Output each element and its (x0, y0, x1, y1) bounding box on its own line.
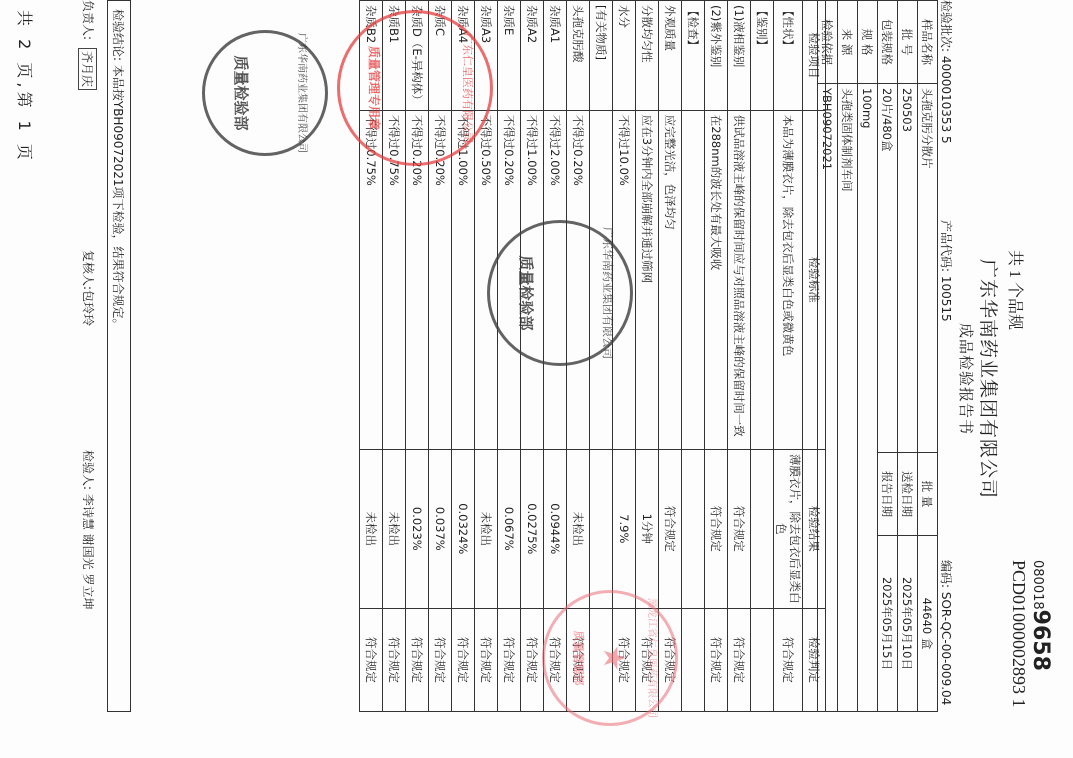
test-result: 未检出 (383, 449, 406, 608)
test-standard: 不得过0.75% (383, 110, 406, 449)
table-row: 杂质B1不得过0.75%未检出符合规定 (383, 1, 406, 712)
test-item: 杂质E (498, 1, 521, 111)
test-standard: 不得过0.75% (360, 110, 383, 449)
table-row: 【鉴别】 (751, 1, 774, 712)
table-row: 杂质B2不得过0.75%未检出符合规定 (360, 1, 383, 712)
table-row: 头孢克肟酸不得过0.20%未检出符合规定 (567, 1, 590, 712)
spec-count: 共 1 个品规 (1005, 250, 1028, 330)
test-result: 1分钟 (636, 449, 659, 608)
inspectors: 检验人: 李诗慧 谢国光 罗立坤 (80, 450, 97, 610)
test-verdict: 符合规定 (452, 608, 475, 711)
test-verdict: 符合规定 (383, 608, 406, 711)
test-item: (2)紫外鉴别 (705, 1, 728, 111)
test-result: 0.0324% (452, 449, 475, 608)
test-result: 薄膜衣片，除去包衣后显类白色 (774, 449, 803, 608)
reviewer: 复核人:包玲玲 (80, 250, 97, 326)
test-result: 0.023% (406, 449, 429, 608)
test-verdict: 符合规定 (544, 608, 567, 711)
test-item: 【性状】 (774, 1, 803, 111)
table-row: 杂质E不得过0.20%0.067%符合规定 (498, 1, 521, 712)
test-result: 7.9% (613, 449, 636, 608)
test-item: 杂质A3 (475, 1, 498, 111)
test-item: 【检查】 (682, 1, 705, 111)
inspection-report-page: 0800189658 PCD01000002893 1 共 1 个品规 广东华南… (0, 0, 1073, 758)
test-item: 水分 (613, 1, 636, 111)
test-standard: 应在3分钟内全部崩解并通过筛网 (636, 110, 659, 449)
test-item: 【鉴别】 (751, 1, 774, 111)
test-verdict: 符合规定 (406, 608, 429, 711)
test-verdict: 符合规定 (774, 608, 803, 711)
test-verdict (682, 608, 705, 711)
test-result: 0.037% (429, 449, 452, 608)
table-row: 【检查】 (682, 1, 705, 712)
table-row: 杂质A2不得过1.00%0.0275%符合规定 (521, 1, 544, 712)
test-item: 分散均匀性 (636, 1, 659, 111)
table-row: 杂质A3不得过0.50%未检出符合规定 (475, 1, 498, 712)
batch-label: 检验批次: 4000010353 5 (938, 0, 955, 200)
test-verdict: 符合规定 (705, 608, 728, 711)
test-verdict (590, 608, 613, 711)
test-result (682, 449, 705, 608)
info-row: 样品名称 头孢克肟分散片 批 量 44640 盒 (918, 1, 938, 712)
quality-inspection-stamp-2: 广东华南药业集团有限公司 质量检验部 (202, 30, 328, 156)
table-row: 外观质量应完整光洁，色泽均匀符合规定符合规定 (659, 1, 682, 712)
table-row: 分散均匀性应在3分钟内全部崩解并通过筛网1分钟符合规定 (636, 1, 659, 712)
test-standard (682, 110, 705, 449)
table-row: 【性状】本品为薄膜衣片，除去包衣后显类白色或微黄色薄膜衣片，除去包衣后显类白色符… (774, 1, 803, 712)
test-results-table: 检验项目 检验标准 检验结果 检验判定 【性状】本品为薄膜衣片，除去包衣后显类白… (359, 0, 826, 712)
test-item: 头孢克肟酸 (567, 1, 590, 111)
test-standard: 不得过10.0% (613, 110, 636, 449)
test-item: 杂质C (429, 1, 452, 111)
test-standard: 应完整光洁，色泽均匀 (659, 110, 682, 449)
test-result (751, 449, 774, 608)
test-verdict: 符合规定 (659, 608, 682, 711)
table-row: 杂质D（E-异构体）不得过0.20%0.023%符合规定 (406, 1, 429, 712)
company-name: 广东华南药业集团有限公司 (976, 0, 1003, 758)
test-result: 符合规定 (705, 449, 728, 608)
test-result: 未检出 (475, 449, 498, 608)
test-item: 杂质A1 (544, 1, 567, 111)
test-verdict (751, 608, 774, 711)
page-number: 共 2 页,第 1 页 (14, 10, 37, 164)
table-row: 杂质A1不得过2.00%0.0944%符合规定 (544, 1, 567, 712)
responsible-signature: 齐月庆 (78, 48, 97, 90)
serial-number: 0800189658 (1028, 560, 1053, 671)
table-row: 水分不得过10.0%7.9%符合规定 (613, 1, 636, 712)
test-item: (1)液相鉴别 (728, 1, 751, 111)
test-verdict: 符合规定 (521, 608, 544, 711)
table-row: 杂质C不得过0.20%0.037%符合规定 (429, 1, 452, 712)
test-item: 杂质A2 (521, 1, 544, 111)
test-standard: 不得过1.00% (452, 110, 475, 449)
info-row: 来 源 头孢类固体制剂车间 (838, 1, 858, 712)
test-item: 杂质B1 (383, 1, 406, 111)
test-standard: 不得过0.20% (567, 110, 590, 449)
test-item: 杂质B2 (360, 1, 383, 111)
sample-info-table: 样品名称 头孢克肟分散片 批 量 44640 盒 批 号 250503 送检日期… (817, 0, 938, 712)
test-verdict: 符合规定 (728, 608, 751, 711)
report-title: 成品检验报告书 (956, 0, 977, 758)
test-verdict: 符合规定 (360, 608, 383, 711)
test-item: [有关物质] (590, 1, 613, 111)
responsible-label: 负责人: (80, 0, 97, 40)
test-result: 0.0275% (521, 449, 544, 608)
test-standard: 不得过0.20% (406, 110, 429, 449)
test-item: 杂质D（E-异构体） (406, 1, 429, 111)
info-row: 批 号 250503 送检日期 2025年05月10日 (898, 1, 918, 712)
test-result: 未检出 (567, 449, 590, 608)
test-item: 外观质量 (659, 1, 682, 111)
inspection-conclusion: 检验结论: 本品按YBH09072021项下检验，结果符合规定。 (107, 0, 131, 712)
test-standard (751, 110, 774, 449)
test-standard: 本品为薄膜衣片，除去包衣后显类白色或微黄色 (774, 110, 803, 449)
test-standard: 在288nm的波长处有最大吸收 (705, 110, 728, 449)
test-standard (590, 110, 613, 449)
table-row: [有关物质] (590, 1, 613, 712)
info-row: 包装规格 20片/480盒 报告日期 2025年05月15日 (878, 1, 898, 712)
test-verdict: 符合规定 (429, 608, 452, 711)
test-standard: 不得过0.20% (429, 110, 452, 449)
test-item: 杂质A4 (452, 1, 475, 111)
test-result: 符合规定 (659, 449, 682, 608)
info-row: 规 格 100mg (858, 1, 878, 712)
product-code: 产品代码: 100515 (938, 220, 955, 322)
test-standard: 不得过0.50% (475, 110, 498, 449)
test-verdict: 符合规定 (498, 608, 521, 711)
document-code: 编码: SOR-QC-00-009.04 (938, 560, 955, 705)
test-verdict: 符合规定 (475, 608, 498, 711)
test-standard: 供试品溶液主峰的保留时间应与对照品溶液主峰的保留时间一致 (728, 110, 751, 449)
test-result (590, 449, 613, 608)
table-header: 检验项目 检验标准 检验结果 检验判定 (803, 1, 826, 712)
table-row: 杂质A4不得过1.00%0.0324%符合规定 (452, 1, 475, 712)
test-result: 符合规定 (728, 449, 751, 608)
test-standard: 不得过2.00% (544, 110, 567, 449)
test-result: 0.0944% (544, 449, 567, 608)
pcd-number: PCD01000002893 1 (1008, 560, 1029, 708)
test-result: 未检出 (360, 449, 383, 608)
test-verdict: 符合规定 (613, 608, 636, 711)
test-verdict: 符合规定 (567, 608, 590, 711)
test-result: 0.067% (498, 449, 521, 608)
table-row: (2)紫外鉴别在288nm的波长处有最大吸收符合规定符合规定 (705, 1, 728, 712)
test-standard: 不得过0.20% (498, 110, 521, 449)
table-row: (1)液相鉴别供试品溶液主峰的保留时间应与对照品溶液主峰的保留时间一致符合规定符… (728, 1, 751, 712)
test-standard: 不得过1.00% (521, 110, 544, 449)
test-verdict: 符合规定 (636, 608, 659, 711)
